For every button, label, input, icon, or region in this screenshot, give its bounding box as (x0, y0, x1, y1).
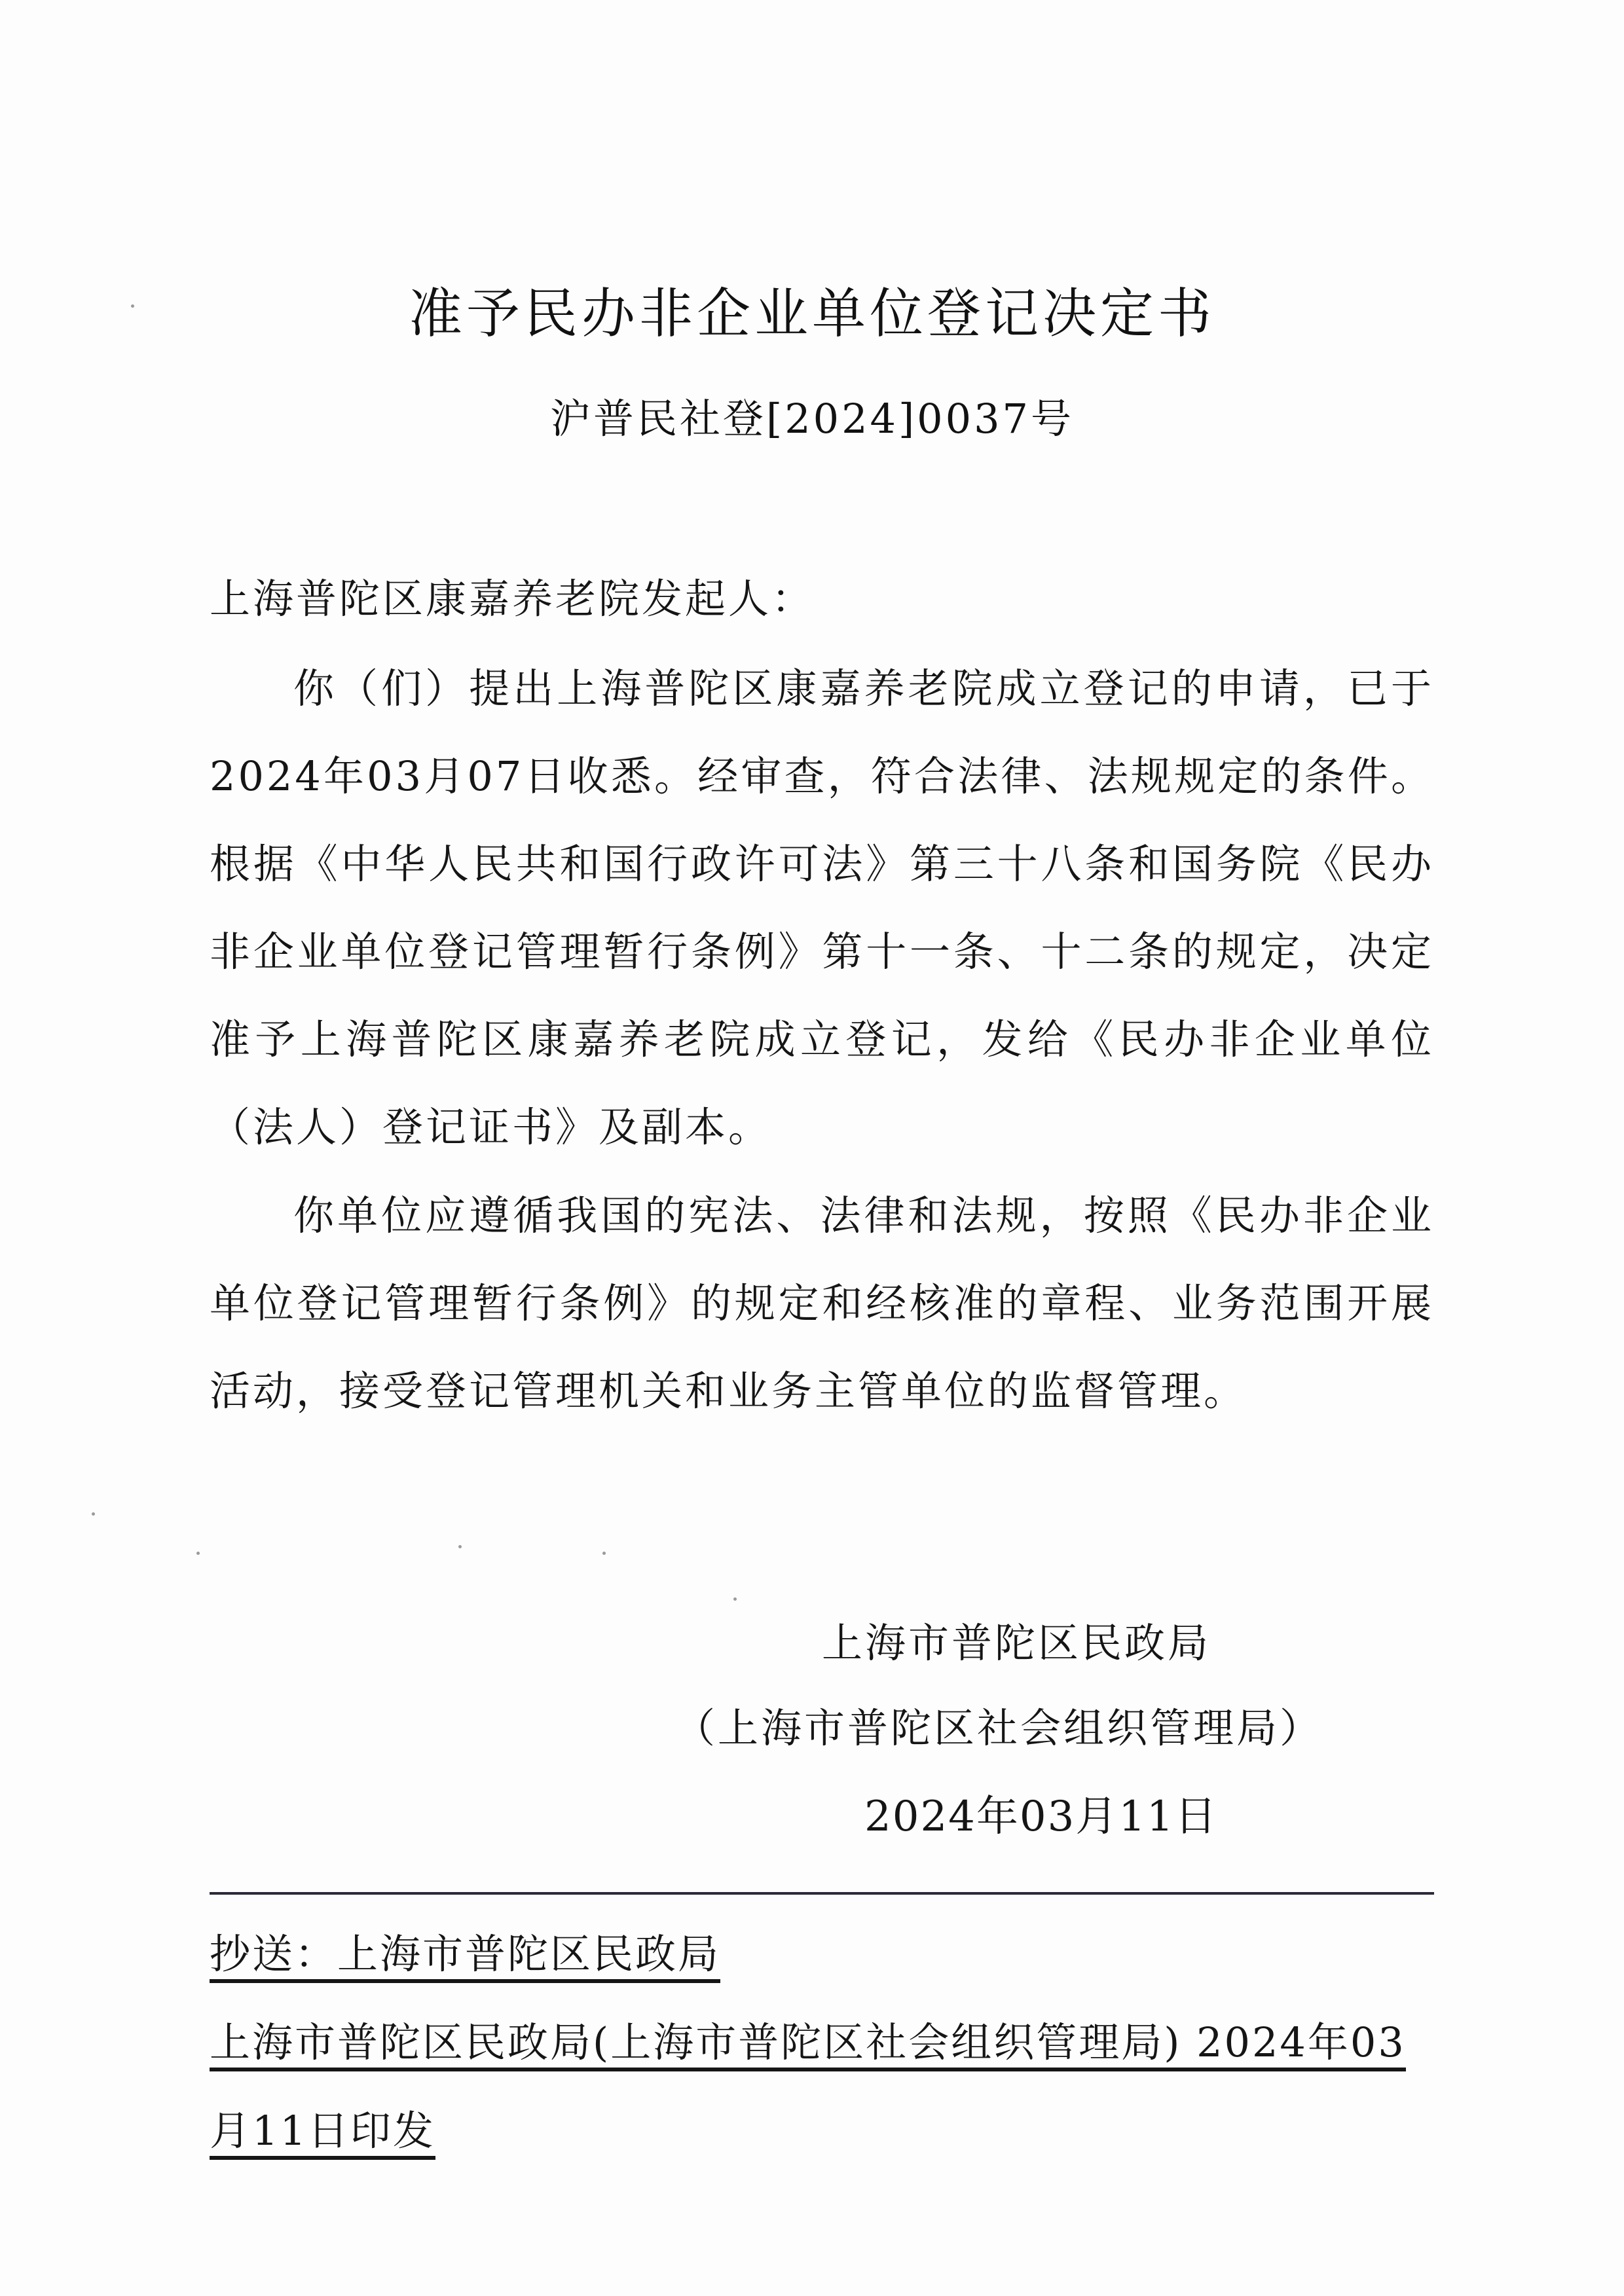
issued-text-1: 上海市普陀区民政局(上海市普陀区社会组织管理局) 2024年03 (210, 2018, 1406, 2071)
signature-organization-alt: （上海市普陀区社会组织管理局） (674, 1702, 1460, 1755)
issued-line-1: 上海市普陀区民政局(上海市普陀区社会组织管理局) 2024年03 (210, 2016, 1406, 2069)
footer-divider (210, 1892, 1434, 1895)
scan-speck (196, 1552, 200, 1555)
salutation: 上海普陀区康嘉养老院发起人： (210, 573, 815, 625)
signature-date: 2024年03月11日 (864, 1791, 1624, 1843)
body-paragraph-2: 你单位应遵循我国的宪法、法律和法规，按照《民办非企业单位登记管理暂行条例》的规定… (210, 1172, 1434, 1435)
scan-speck (733, 1597, 737, 1601)
issued-line-2: 月11日印发 (210, 2105, 435, 2157)
document-number: 沪普民社登[2024]0037号 (0, 393, 1624, 445)
body-paragraph-1: 你（们）提出上海普陀区康嘉养老院成立登记的申请，已于2024年03月07日收悉。… (210, 645, 1434, 1171)
cc-text: 抄送：上海市普陀区民政局 (210, 1930, 720, 1983)
document-title: 准予民办非企业单位登记决定书 (0, 278, 1624, 350)
scan-speck (602, 1552, 606, 1555)
issued-text-2: 月11日印发 (210, 2107, 435, 2160)
scan-speck (131, 304, 134, 308)
document-page: 准予民办非企业单位登记决定书 沪普民社登[2024]0037号 上海普陀区康嘉养… (0, 0, 1624, 2296)
signature-organization: 上海市普陀区民政局 (822, 1617, 1608, 1669)
cc-line: 抄送：上海市普陀区民政局 (210, 1928, 720, 1980)
scan-speck (458, 1545, 462, 1548)
scan-speck (92, 1512, 95, 1516)
